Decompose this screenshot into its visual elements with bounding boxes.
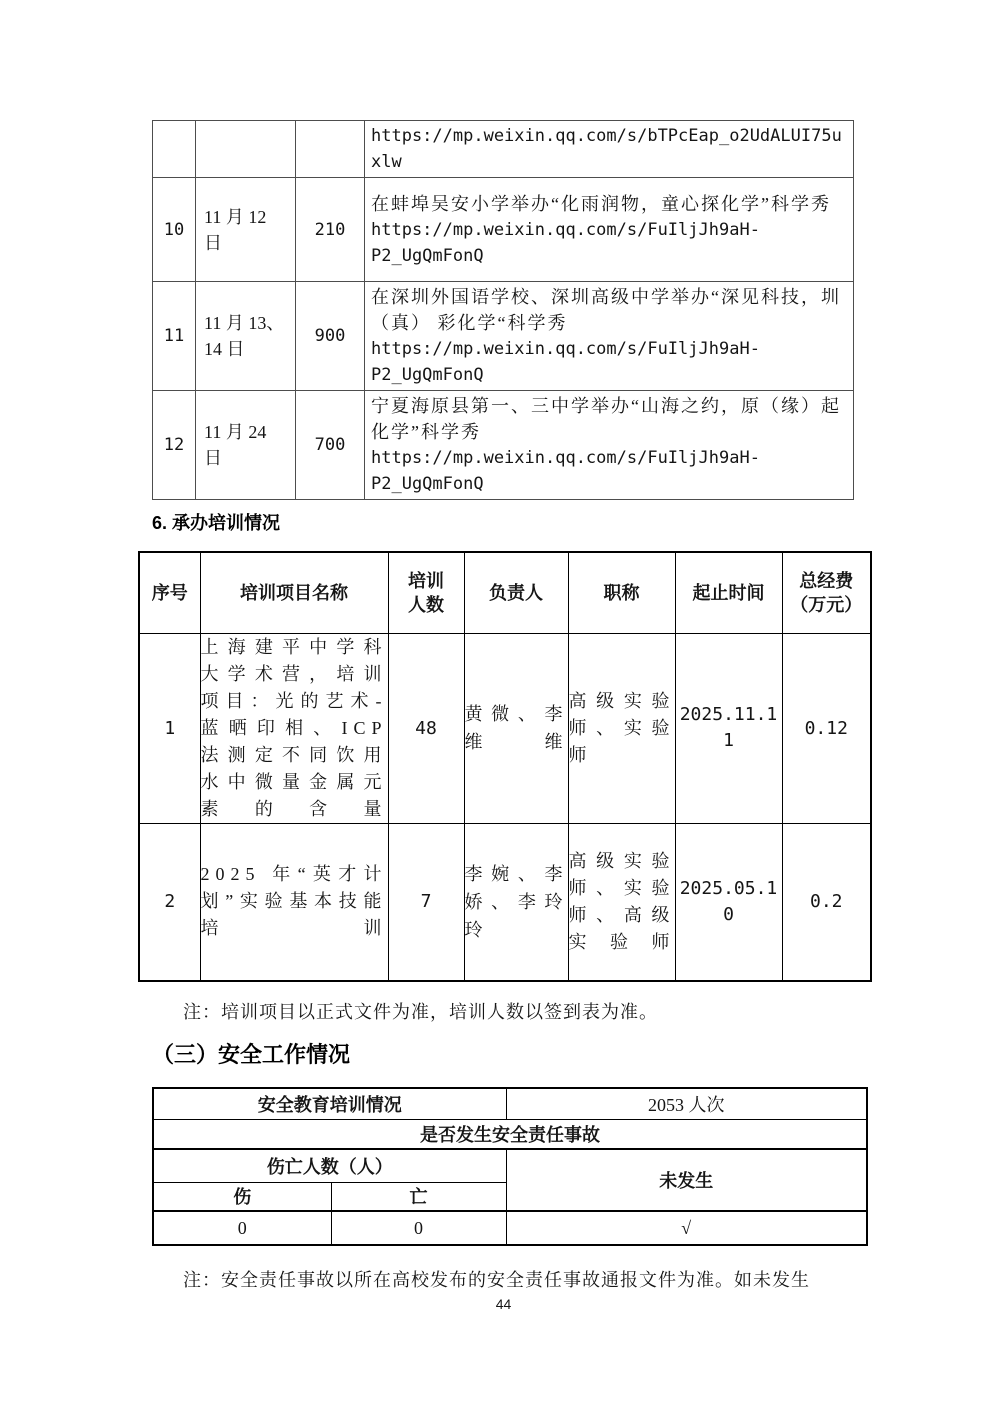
event-link: https://mp.weixin.qq.com/s/FuIljJh9aH-P2… — [371, 445, 847, 497]
training-period: 2025.11.11 — [675, 633, 782, 823]
column-header-period: 起止时间 — [675, 552, 782, 633]
injury-value: 0 — [153, 1211, 331, 1245]
column-header-title: 职称 — [568, 552, 675, 633]
training-projects-table: 序号 培训项目名称 培训人数 负责人 职称 起止时间 总经费（万元） 1 上海建… — [138, 551, 872, 982]
casualty-label: 伤亡人数（人） — [153, 1149, 506, 1182]
table-row: 1 上海建平中学科大学术营，培训项目：光的艺术-蓝晒印相、ICP 法测定不同饮用… — [139, 633, 871, 823]
page-number: 44 — [0, 1296, 1007, 1312]
science-show-events-table: https://mp.weixin.qq.com/s/bTPcEap_o2UdA… — [152, 120, 854, 500]
table-row: 2 2025 年“英才计划”实验基本技能培训 7 李婉、李娇、李玲玲 高级实验师… — [139, 823, 871, 981]
column-header-count: 培训人数 — [388, 552, 464, 633]
training-period: 2025.05.10 — [675, 823, 782, 981]
training-count: 7 — [388, 823, 464, 981]
training-project-name: 2025 年“英才计划”实验基本技能培训 — [200, 823, 388, 981]
safety-education-value: 2053 人次 — [506, 1088, 867, 1119]
table-row: 是否发生安全责任事故 — [153, 1119, 867, 1149]
empty-cell — [153, 121, 196, 178]
event-link: https://mp.weixin.qq.com/s/FuIljJh9aH-P2… — [371, 336, 847, 388]
training-title: 高级实验师、实验师 — [568, 633, 675, 823]
event-description-cell: 在深圳外国语学校、深圳高级中学举办“深见科技，圳（真） 彩化学“科学秀 http… — [365, 282, 854, 391]
document-page: https://mp.weixin.qq.com/s/bTPcEap_o2UdA… — [0, 0, 1007, 1424]
death-label: 亡 — [331, 1182, 506, 1211]
section-heading-training: 6. 承办培训情况 — [152, 509, 280, 535]
training-budget: 0.12 — [782, 633, 871, 823]
event-description-cell: 在蚌埠吴安小学举办“化雨润物，童心探化学”科学秀 https://mp.weix… — [365, 178, 854, 282]
empty-cell — [196, 121, 296, 178]
table-row: 12 11 月 24 日 700 宁夏海原县第一、三中学举办“山海之约，原（缘）… — [153, 391, 854, 500]
injury-label: 伤 — [153, 1182, 331, 1211]
event-no: 10 — [153, 178, 196, 282]
accident-result: 未发生 — [506, 1149, 867, 1211]
event-description: 宁夏海原县第一、三中学举办“山海之约，原（缘）起化学”科学秀 — [371, 393, 847, 445]
event-participants: 900 — [296, 282, 365, 391]
section-heading-safety: （三）安全工作情况 — [152, 1038, 350, 1069]
column-header-leader: 负责人 — [464, 552, 568, 633]
training-leader: 黄微、李维维 — [464, 633, 568, 823]
table-row: 0 0 √ — [153, 1211, 867, 1245]
column-header-name: 培训项目名称 — [200, 552, 388, 633]
training-title: 高级实验师、实验师、高级实验师 — [568, 823, 675, 981]
event-date: 11 月 12 日 — [196, 178, 296, 282]
death-value: 0 — [331, 1211, 506, 1245]
empty-cell — [296, 121, 365, 178]
event-no: 11 — [153, 282, 196, 391]
table-row: 伤亡人数（人） 未发生 — [153, 1149, 867, 1182]
event-url-continuation: https://mp.weixin.qq.com/s/bTPcEap_o2UdA… — [365, 121, 854, 178]
training-leader: 李婉、李娇、李玲玲 — [464, 823, 568, 981]
event-link: https://mp.weixin.qq.com/s/FuIljJh9aH-P2… — [371, 217, 847, 269]
checkmark: √ — [506, 1211, 867, 1245]
safety-education-label: 安全教育培训情况 — [153, 1088, 506, 1119]
training-no: 2 — [139, 823, 200, 981]
training-project-name: 上海建平中学科大学术营，培训项目：光的艺术-蓝晒印相、ICP 法测定不同饮用水中… — [200, 633, 388, 823]
table-header-row: 序号 培训项目名称 培训人数 负责人 职称 起止时间 总经费（万元） — [139, 552, 871, 633]
event-participants: 700 — [296, 391, 365, 500]
table-row-continuation: https://mp.weixin.qq.com/s/bTPcEap_o2UdA… — [153, 121, 854, 178]
training-no: 1 — [139, 633, 200, 823]
training-count: 48 — [388, 633, 464, 823]
table-row: 10 11 月 12 日 210 在蚌埠吴安小学举办“化雨润物，童心探化学”科学… — [153, 178, 854, 282]
training-budget: 0.2 — [782, 823, 871, 981]
event-date: 11 月 13、14 日 — [196, 282, 296, 391]
table-row: 11 11 月 13、14 日 900 在深圳外国语学校、深圳高级中学举办“深见… — [153, 282, 854, 391]
event-description: 在蚌埠吴安小学举办“化雨润物，童心探化学”科学秀 — [371, 191, 847, 217]
event-no: 12 — [153, 391, 196, 500]
safety-note: 注：安全责任事故以所在高校发布的安全责任事故通报文件为准。如未发生 — [183, 1266, 810, 1292]
event-description: 在深圳外国语学校、深圳高级中学举办“深见科技，圳（真） 彩化学“科学秀 — [371, 284, 847, 336]
event-date: 11 月 24 日 — [196, 391, 296, 500]
safety-status-table: 安全教育培训情况 2053 人次 是否发生安全责任事故 伤亡人数（人） 未发生 … — [152, 1087, 868, 1246]
table-row: 安全教育培训情况 2053 人次 — [153, 1088, 867, 1119]
event-link: https://mp.weixin.qq.com/s/bTPcEap_o2UdA… — [371, 123, 847, 175]
accident-question-label: 是否发生安全责任事故 — [153, 1119, 867, 1149]
column-header-budget: 总经费（万元） — [782, 552, 871, 633]
event-participants: 210 — [296, 178, 365, 282]
event-description-cell: 宁夏海原县第一、三中学举办“山海之约，原（缘）起化学”科学秀 https://m… — [365, 391, 854, 500]
training-note: 注：培训项目以正式文件为准，培训人数以签到表为准。 — [183, 998, 658, 1024]
column-header-no: 序号 — [139, 552, 200, 633]
